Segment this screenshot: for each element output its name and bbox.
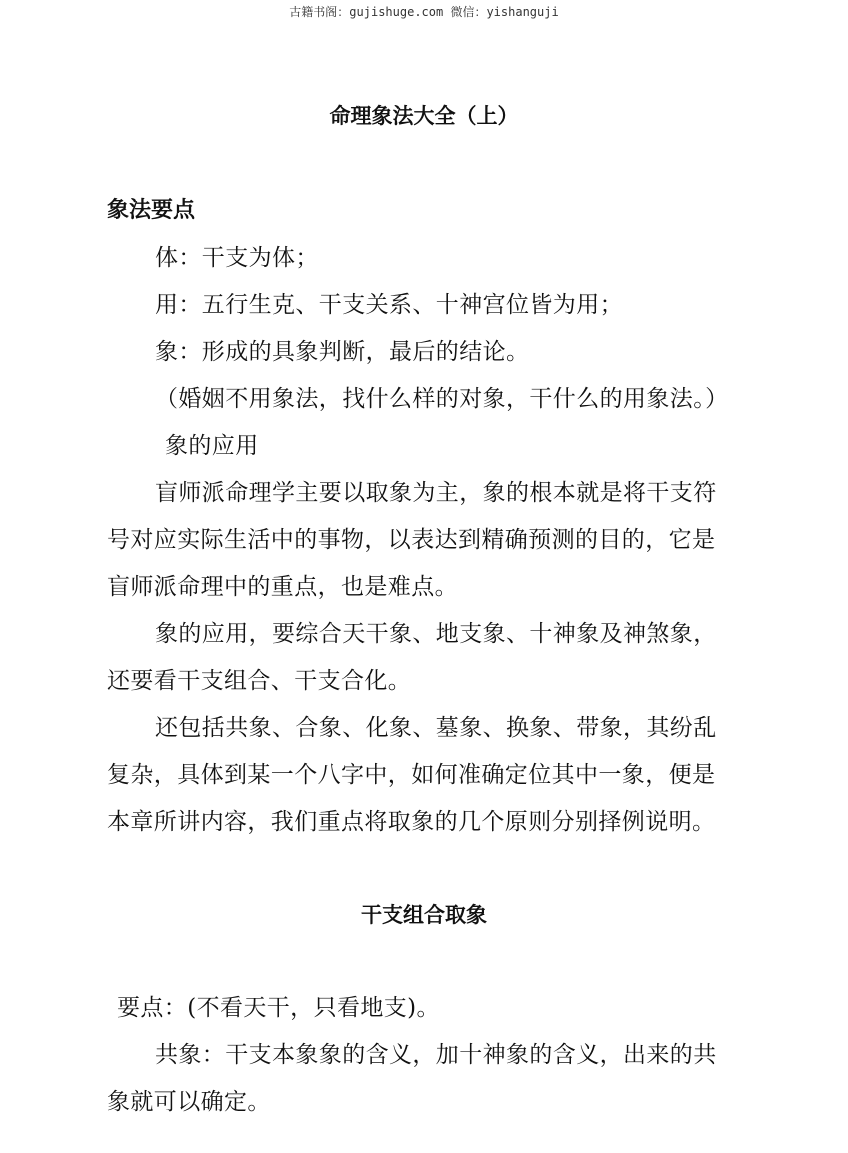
paragraph-line: 号对应实际生活中的事物，以表达到精确预测的目的，它是 [107,525,715,555]
paragraph-line: （婚姻不用象法，找什么样的对象，干什么的用象法。） [155,384,729,414]
watermark-header: 古籍书阁：gujishuge.com 微信：yishanguji [0,3,848,20]
paragraph-line: 象的应用，要综合天干象、地支象、十神象及神煞象， [155,619,717,649]
document-title: 命理象法大全（上） [0,101,848,131]
paragraph-line: 本章所讲内容，我们重点将取象的几个原则分别择例说明。 [107,807,715,837]
subheading-xiang-yingyong: 象的应用 [165,431,259,461]
paragraph-line: 象：形成的具象判断，最后的结论。 [155,337,529,367]
paragraph-line: 象就可以确定。 [107,1087,271,1117]
paragraph-line: 复杂，具体到某一个八字中，如何准确定位其中一象，便是 [107,760,715,790]
paragraph-line: 要点：(不看天干，只看地支)。 [117,993,440,1023]
paragraph-line: 还要看干支组合、干支合化。 [107,666,411,696]
paragraph-line: 共象：干支本象象的含义，加十神象的含义，出来的共 [155,1040,717,1070]
section-heading-ganzhi-zuhe: 干支组合取象 [0,900,848,930]
paragraph-line: 盲师派命理学主要以取象为主，象的根本就是将干支符 [155,478,717,508]
paragraph-line: 盲师派命理中的重点，也是难点。 [107,572,458,602]
paragraph-line: 用：五行生克、干支关系、十神宫位皆为用； [155,290,623,320]
paragraph-line: 体：干支为体； [155,243,319,273]
paragraph-line: 还包括共象、合象、化象、墓象、换象、带象，其纷乱 [155,713,717,743]
section-heading-xiangfa-yaodian: 象法要点 [107,196,195,226]
